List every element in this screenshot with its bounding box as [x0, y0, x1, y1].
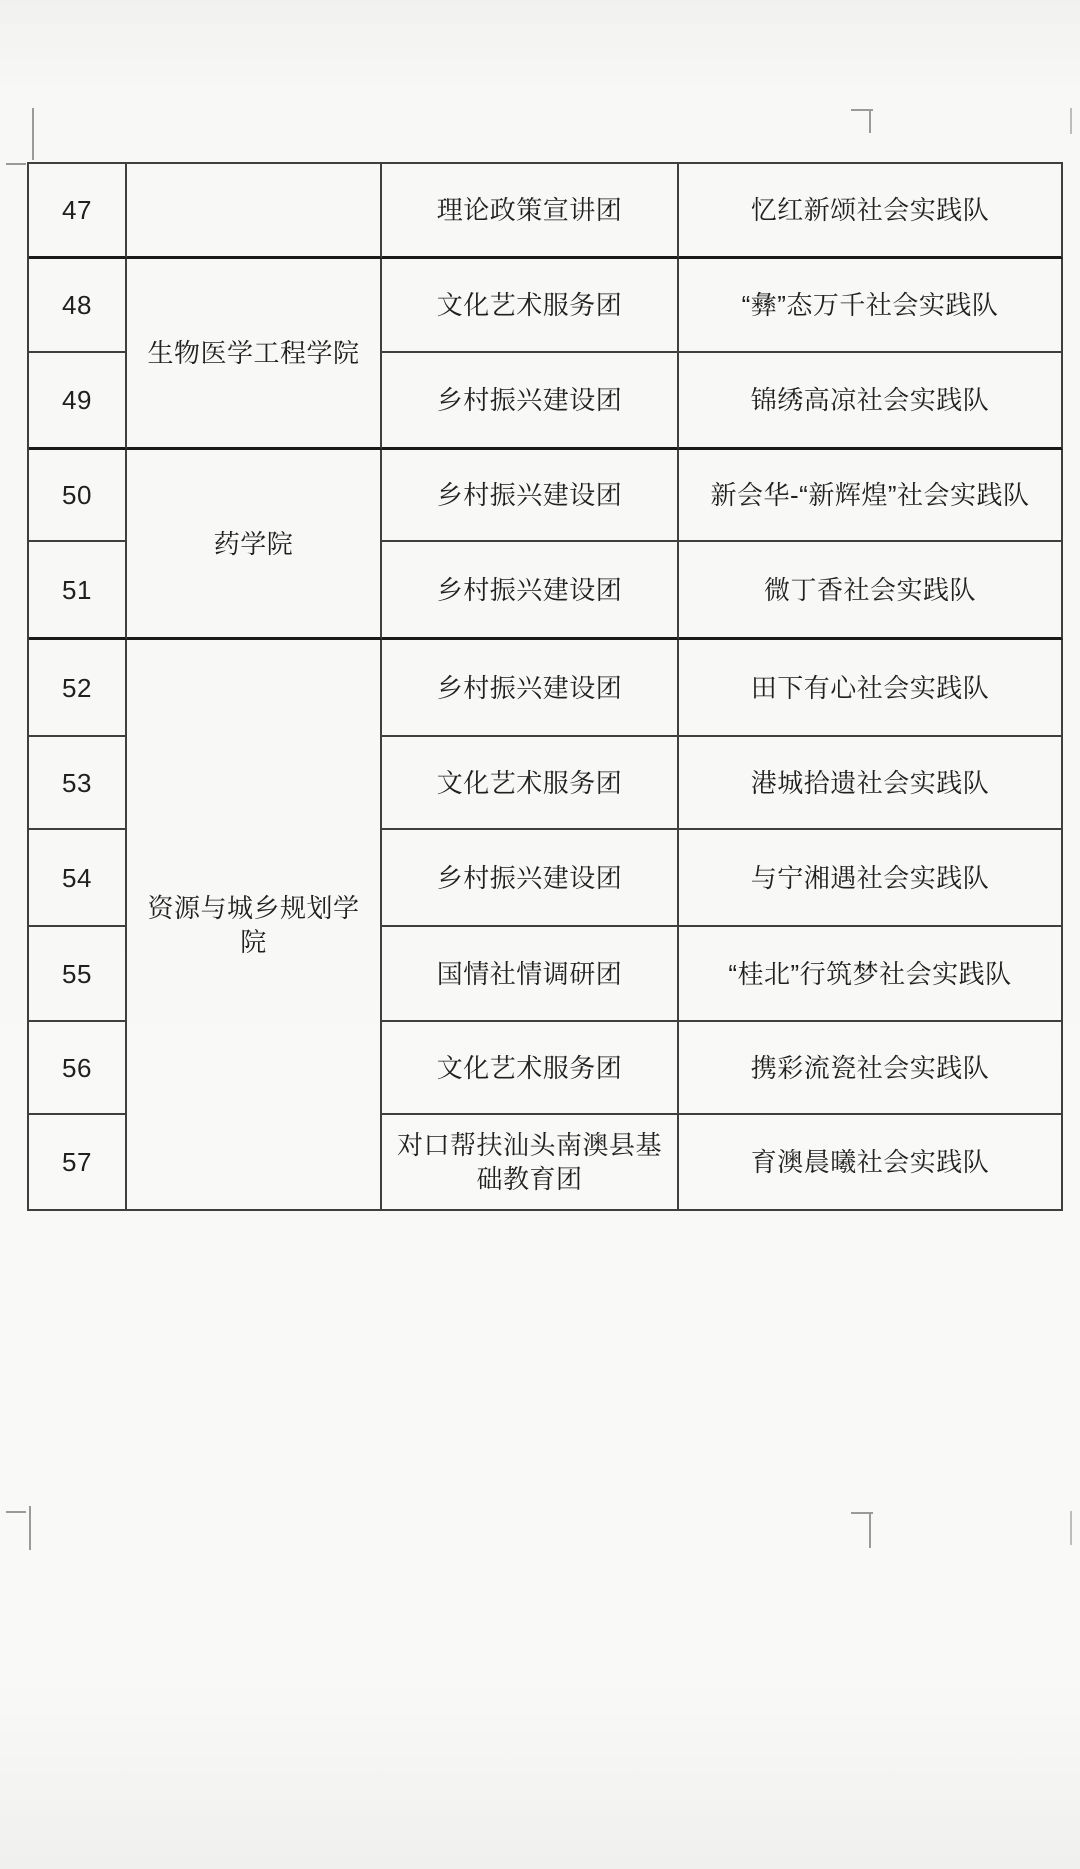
row-number-cell: 54 — [29, 830, 127, 927]
row-number-cell: 47 — [29, 164, 127, 259]
team-name-cell: 微丁香社会实践队 — [679, 542, 1063, 640]
team-name-cell: 忆红新颂社会实践队 — [679, 164, 1063, 259]
team-type-cell: 对口帮扶汕头南澳县基础教育团 — [382, 1115, 679, 1211]
team-name-cell: 携彩流瓷社会实践队 — [679, 1022, 1063, 1115]
team-type-cell: 乡村振兴建设团 — [382, 830, 679, 927]
team-type-cell: 文化艺术服务团 — [382, 259, 679, 353]
team-type-cell: 乡村振兴建设团 — [382, 353, 679, 450]
row-number-cell: 51 — [29, 542, 127, 640]
row-number-cell: 49 — [29, 353, 127, 450]
row-number-cell: 53 — [29, 737, 127, 830]
team-type-cell: 理论政策宣讲团 — [382, 164, 679, 259]
row-number-cell: 50 — [29, 450, 127, 542]
crop-mark-bottom-right-vertical — [869, 1512, 871, 1548]
team-type-cell: 乡村振兴建设团 — [382, 640, 679, 737]
crop-mark-bottom-left-horizontal — [6, 1511, 26, 1513]
team-name-cell: 育澳晨曦社会实践队 — [679, 1115, 1063, 1211]
team-name-cell: 田下有心社会实践队 — [679, 640, 1063, 737]
scanned-page: 47 理论政策宣讲团 忆红新颂社会实践队 生物医学工程学院 48 文化艺术服务团… — [0, 0, 1080, 1869]
crop-mark-top-left-horizontal — [6, 163, 26, 165]
row-number-cell: 57 — [29, 1115, 127, 1211]
row-number-cell: 56 — [29, 1022, 127, 1115]
team-name-cell: “桂北”行筑梦社会实践队 — [679, 927, 1063, 1022]
crop-mark-top-far-right — [1070, 108, 1072, 134]
team-name-cell: 港城拾遗社会实践队 — [679, 737, 1063, 830]
college-cell-biomedical: 生物医学工程学院 — [127, 259, 382, 450]
team-name-cell: “彝”态万千社会实践队 — [679, 259, 1063, 353]
team-type-cell: 文化艺术服务团 — [382, 737, 679, 830]
crop-mark-bottom-far-right — [1070, 1511, 1072, 1545]
crop-mark-top-right-vertical — [869, 109, 871, 133]
college-cell-pharmacy: 药学院 — [127, 450, 382, 640]
college-cell-resources-planning: 资源与城乡规划学院 — [127, 640, 382, 1211]
team-type-cell: 乡村振兴建设团 — [382, 542, 679, 640]
practice-team-table: 47 理论政策宣讲团 忆红新颂社会实践队 生物医学工程学院 48 文化艺术服务团… — [27, 162, 1063, 1211]
row-number-cell: 48 — [29, 259, 127, 353]
team-name-cell: 与宁湘遇社会实践队 — [679, 830, 1063, 927]
team-name-cell: 锦绣高凉社会实践队 — [679, 353, 1063, 450]
team-type-cell: 乡村振兴建设团 — [382, 450, 679, 542]
college-cell-empty — [127, 164, 382, 259]
row-number-cell: 55 — [29, 927, 127, 1022]
team-type-cell: 文化艺术服务团 — [382, 1022, 679, 1115]
crop-mark-top-left-vertical — [32, 108, 34, 160]
team-name-cell: 新会华-“新辉煌”社会实践队 — [679, 450, 1063, 542]
team-type-cell: 国情社情调研团 — [382, 927, 679, 1022]
crop-mark-bottom-left-vertical — [29, 1506, 31, 1550]
row-number-cell: 52 — [29, 640, 127, 737]
